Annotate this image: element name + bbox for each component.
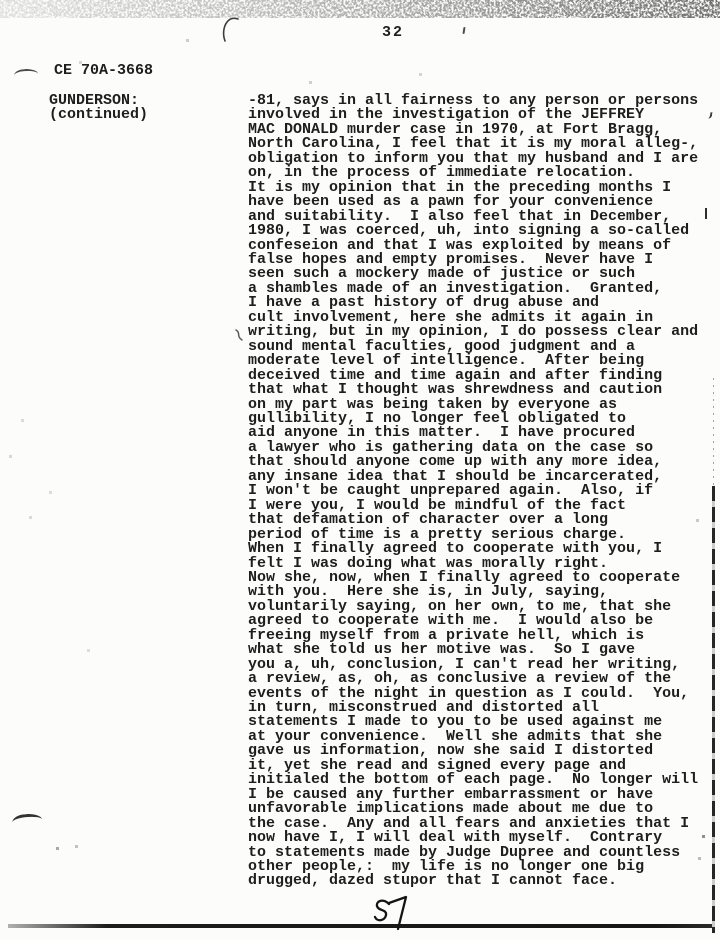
stray-bar-mark: [705, 208, 707, 219]
handwritten-arc-mark-top: [14, 68, 38, 78]
scan-noise-band: [0, 0, 720, 18]
right-edge-dotted-line: [713, 378, 714, 488]
page-number: 32: [382, 26, 404, 40]
right-edge-dashed-line: [712, 486, 715, 933]
handwritten-squiggle-mark: [234, 328, 248, 342]
exhibit-number: CE 70A-3668: [54, 64, 153, 78]
handwritten-arc-mark-bottom: [12, 812, 43, 825]
speaker-continued-label: (continued): [49, 106, 148, 123]
speaker-block: GUNDERSON: (continued): [49, 94, 148, 123]
bottom-border-line: [8, 924, 712, 928]
paper-specks: [0, 0, 1, 1]
handwritten-paren-mark: [220, 16, 240, 44]
handwritten-number-57: [372, 892, 418, 934]
stray-comma-mark: [707, 112, 712, 120]
ink-tick-mark: [462, 27, 465, 34]
document-scan-page: 32 CE 70A-3668 GUNDERSON: (continued) -8…: [0, 0, 720, 940]
transcript-text: -81, says in all fairness to any person …: [248, 94, 698, 889]
